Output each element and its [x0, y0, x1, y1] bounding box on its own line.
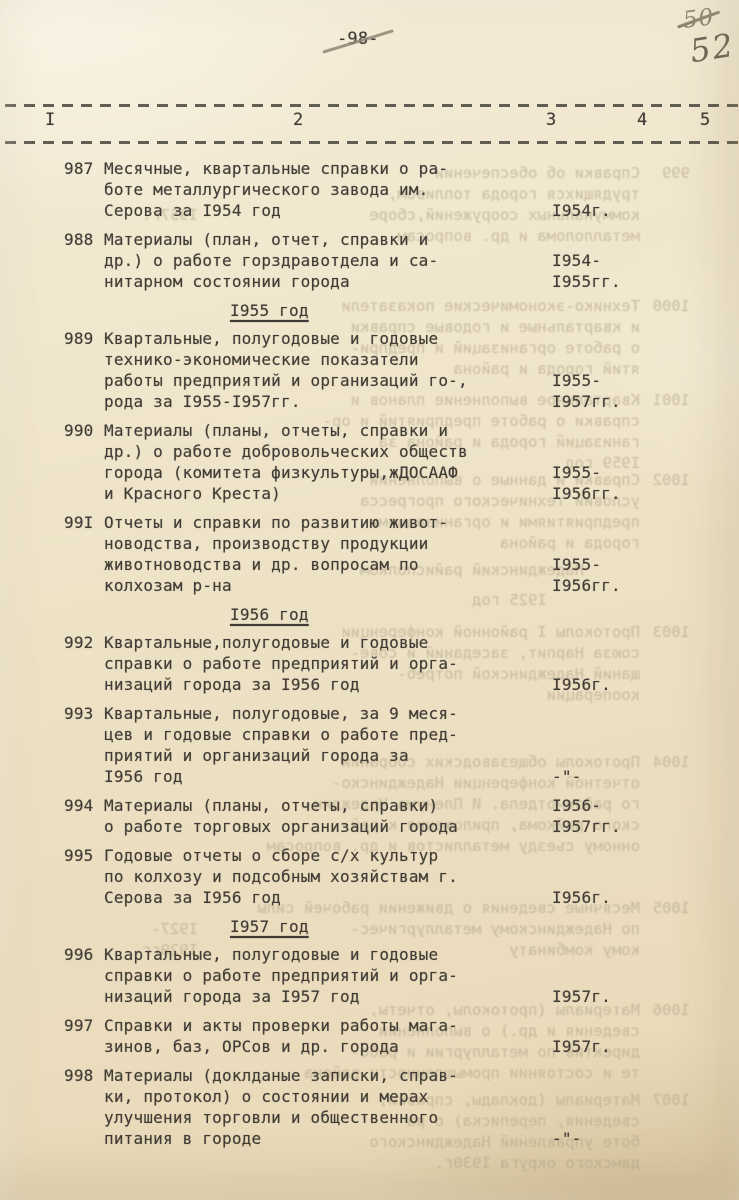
entry-number: 99I [64, 512, 104, 596]
inventory-entry: 997Справки и акты проверки работы мага-з… [0, 1015, 739, 1057]
entry-date-line: I956г. [552, 887, 682, 908]
column-header-4: 4 [637, 110, 647, 131]
entry-number: 996 [64, 944, 104, 1007]
entry-description-line: Квартальные, полугодовые, за 9 меся- [104, 703, 552, 724]
entry-description: Квартальные, полугодовые, за 9 меся-цев … [104, 703, 552, 787]
entry-number: 993 [64, 703, 104, 787]
typed-page-number-struck: -98- [337, 29, 379, 50]
entry-dates: I954-I955гг. [552, 250, 682, 292]
entry-dates: I954г. [552, 200, 682, 221]
entry-date-line: I956гг. [552, 575, 682, 596]
entry-description-line: приятий и организаций города за [104, 745, 552, 766]
entry-number: 995 [64, 845, 104, 908]
entry-description: Месячные, квартальные справки о ра-боте … [104, 158, 552, 221]
table-header-rule-top [5, 104, 739, 107]
entry-description-line: др.) о работе добровольческих обществ [104, 441, 552, 462]
entry-description-line: низаций города за I956 год [104, 674, 552, 695]
year-heading: I957 год [230, 916, 309, 937]
inventory-entry: 987Месячные, квартальные справки о ра-бо… [0, 158, 739, 221]
inventory-entry: 988Материалы (план, отчет, справки идр.)… [0, 229, 739, 292]
entry-date-line: I954г. [552, 200, 682, 221]
entry-description-line: Материалы (планы, отчеты, справки и [104, 420, 552, 441]
entry-description-line: улучшения торговли и общественного [104, 1107, 552, 1128]
entry-dates: -"- [552, 1128, 682, 1149]
entry-description-line: Квартальные,полугодовые и годовые [104, 632, 552, 653]
entry-description-line: животноводства и др. вопросам по [104, 554, 552, 575]
entry-description-line: цев и годовые справки о работе пред- [104, 724, 552, 745]
entry-description-line: рода за I955-I957гг. [104, 391, 552, 412]
entry-description: Квартальные, полугодовые и годовыетехник… [104, 328, 552, 412]
entry-description: Отчеты и справки по развитию живот-новод… [104, 512, 552, 596]
entry-date-line: I956г. [552, 674, 682, 695]
entry-description-line: по колхозу и подсобным хозяйствам г. [104, 866, 552, 887]
entry-number: 989 [64, 328, 104, 412]
entry-description-line: ки, протокол) о состоянии и мерах [104, 1086, 552, 1107]
entry-description-line: питания в городе [104, 1128, 552, 1149]
entry-date-line: I957гг. [552, 816, 682, 837]
entry-dates: I956г. [552, 674, 682, 695]
entry-number: 994 [64, 795, 104, 837]
entry-description-line: колхозам р-на [104, 575, 552, 596]
entry-description-line: технико-экономические показатели [104, 349, 552, 370]
entry-dates: I956г. [552, 887, 682, 908]
entry-description-line: Отчеты и справки по развитию живот- [104, 512, 552, 533]
entry-number: 988 [64, 229, 104, 292]
inventory-entry: 994Материалы (планы, отчеты, справки)о р… [0, 795, 739, 837]
entry-description: Материалы (доклданые записки, справ-ки, … [104, 1065, 552, 1149]
inventory-entry: 995Годовые отчеты о сборе с/х культурпо … [0, 845, 739, 908]
entry-description: Годовые отчеты о сборе с/х культурпо кол… [104, 845, 552, 908]
entry-description: Материалы (план, отчет, справки идр.) о … [104, 229, 552, 292]
entry-number: 997 [64, 1015, 104, 1057]
entry-description: Материалы (планы, отчеты, справки идр.) … [104, 420, 552, 504]
entry-date-line: -"- [552, 1128, 682, 1149]
entry-description-line: справки о работе предприятий и орга- [104, 653, 552, 674]
entry-dates: I956-I957гг. [552, 795, 682, 837]
entry-date-line: I956- [552, 795, 682, 816]
column-header-3: 3 [546, 110, 556, 131]
entry-description-line: Материалы (планы, отчеты, справки) [104, 795, 552, 816]
entry-description-line: др.) о работе горздравотдела и са- [104, 250, 552, 271]
entry-description-line: боте металлургического завода им. [104, 179, 552, 200]
column-header-i: I [45, 110, 55, 131]
entry-number: 992 [64, 632, 104, 695]
inventory-entry: 989Квартальные, полугодовые и годовыетех… [0, 328, 739, 412]
entry-description-line: низаций города за I957 год [104, 986, 552, 1007]
entry-number: 998 [64, 1065, 104, 1149]
entry-description-line: новодства, производству продукции [104, 533, 552, 554]
entry-description-line: работы предприятий и организаций го-, [104, 370, 552, 391]
inventory-entry: 992Квартальные,полугодовые и годовыеспра… [0, 632, 739, 695]
entry-description-line: Серова за I956 год [104, 887, 552, 908]
entry-description-line: Месячные, квартальные справки о ра- [104, 158, 552, 179]
column-header-5: 5 [700, 110, 710, 131]
entry-description: Квартальные,полугодовые и годовыесправки… [104, 632, 552, 695]
entry-description: Квартальные, полугодовые и годовыесправк… [104, 944, 552, 1007]
entry-description-line: Серова за I954 год [104, 200, 552, 221]
inventory-entry: 990Материалы (планы, отчеты, справки идр… [0, 420, 739, 504]
entry-number: 987 [64, 158, 104, 221]
document-page: 50 52 -98- I2345 999Справки об обеспечен… [0, 0, 739, 1200]
entry-date-line: I955- [552, 370, 682, 391]
inventory-entry: 996Квартальные, полугодовые и годовыеспр… [0, 944, 739, 1007]
entry-description-line: Материалы (план, отчет, справки и [104, 229, 552, 250]
entry-date-line: I955гг. [552, 271, 682, 292]
entry-date-line: I954- [552, 250, 682, 271]
entry-dates: I955-I956гг. [552, 462, 682, 504]
entry-description-line: Квартальные, полугодовые и годовые [104, 944, 552, 965]
column-header-2: 2 [293, 110, 303, 131]
entry-description-line: зинов, баз, ОРСов и др. города [104, 1036, 552, 1057]
entry-description-line: Справки и акты проверки работы мага- [104, 1015, 552, 1036]
entry-description: Справки и акты проверки работы мага-зино… [104, 1015, 552, 1057]
table-header-rule-bottom [5, 141, 739, 144]
entry-dates: I957г. [552, 986, 682, 1007]
entry-dates: -"- [552, 766, 682, 787]
entry-description-line: Квартальные, полугодовые и годовые [104, 328, 552, 349]
entry-date-line: I955- [552, 462, 682, 483]
entry-dates: I957г. [552, 1036, 682, 1057]
entry-description-line: Материалы (доклданые записки, справ- [104, 1065, 552, 1086]
entry-dates: I955-I956гг. [552, 554, 682, 596]
year-heading: I955 год [230, 300, 309, 321]
entry-number: 990 [64, 420, 104, 504]
entry-description-line: города (комитета физкультуры,жДОСААФ [104, 462, 552, 483]
entry-date-line: I956гг. [552, 483, 682, 504]
handwritten-new-page-number: 52 [687, 26, 737, 71]
entry-description-line: о работе торговых организаций города [104, 816, 552, 837]
entry-date-line: I957г. [552, 986, 682, 1007]
entry-description-line: и Красного Креста) [104, 483, 552, 504]
inventory-entry: 993Квартальные, полугодовые, за 9 меся-ц… [0, 703, 739, 787]
inventory-entry: 998Материалы (доклданые записки, справ-к… [0, 1065, 739, 1149]
entry-date-line: I955- [552, 554, 682, 575]
entry-description-line: Годовые отчеты о сборе с/х культур [104, 845, 552, 866]
entry-description-line: нитарном состоянии города [104, 271, 552, 292]
entry-date-line: I957г. [552, 1036, 682, 1057]
entry-dates: I955-I957гг. [552, 370, 682, 412]
inventory-list: 987Месячные, квартальные справки о ра-бо… [0, 158, 739, 1157]
year-heading: I956 год [230, 604, 309, 625]
inventory-entry: 99IОтчеты и справки по развитию живот-но… [0, 512, 739, 596]
entry-description: Материалы (планы, отчеты, справки)о рабо… [104, 795, 552, 837]
entry-date-line: I957гг. [552, 391, 682, 412]
entry-description-line: справки о работе предприятий и орга- [104, 965, 552, 986]
entry-description-line: I956 год [104, 766, 552, 787]
entry-date-line: -"- [552, 766, 682, 787]
